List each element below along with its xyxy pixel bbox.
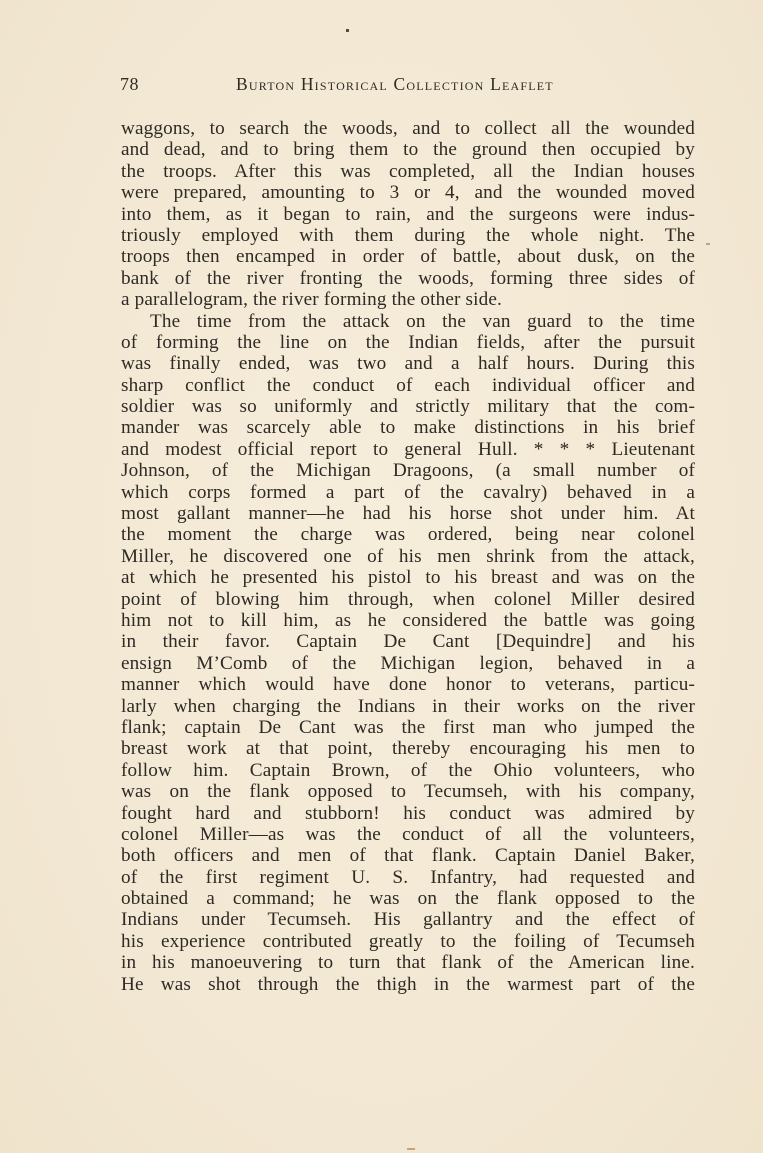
text-line: which corps formed a part of the cavalry… (121, 482, 695, 503)
text-line: mander was scarcely able to make distinc… (121, 417, 695, 438)
text-line: bank of the river fronting the woods, fo… (121, 268, 695, 289)
text-line: larly when charging the Indians in their… (121, 696, 695, 717)
text-line: at which he presented his pistol to his … (121, 567, 695, 588)
paragraph-start-line: The time from the attack on the van guar… (121, 311, 695, 332)
text-line: point of blowing him through, when colon… (121, 589, 695, 610)
text-line: was finally ended, was two and a half ho… (121, 353, 695, 374)
text-line: most gallant manner—he had his horse sho… (121, 503, 695, 524)
text-line: of forming the line on the Indian fields… (121, 332, 695, 353)
text-line: triously employed with them during the w… (121, 225, 695, 246)
text-line: Miller, he discovered one of his men shr… (121, 546, 695, 567)
text-line: manner which would have done honor to ve… (121, 674, 695, 695)
text-line: follow him. Captain Brown, of the Ohio v… (121, 760, 695, 781)
paper-speck (706, 243, 710, 245)
text-line: in his manoeuvering to turn that flank o… (121, 952, 695, 973)
text-line: and modest official report to general Hu… (121, 439, 695, 460)
text-line: ensign M’Comb of the Michigan legion, be… (121, 653, 695, 674)
running-head: 78 Burton Historical Collection Leaflet (120, 72, 660, 102)
text-line: soldier was so uniformly and strictly mi… (121, 396, 695, 417)
text-line: breast work at that point, thereby encou… (121, 738, 695, 759)
text-line: in their favor. Captain De Cant [Dequind… (121, 631, 695, 652)
text-line: his experience contributed greatly to th… (121, 931, 695, 952)
text-line: and dead, and to bring them to the groun… (121, 139, 695, 160)
text-line: him not to kill him, as he considered th… (121, 610, 695, 631)
text-line: the moment the charge was ordered, being… (121, 524, 695, 545)
text-line: a parallelogram, the river forming the o… (121, 289, 695, 310)
text-line: waggons, to search the woods, and to col… (121, 118, 695, 139)
text-line: troops then encamped in order of battle,… (121, 246, 695, 267)
paper-speck (346, 29, 349, 32)
document-page: 78 Burton Historical Collection Leaflet … (0, 0, 763, 1153)
text-line: of the first regiment U. S. Infantry, ha… (121, 867, 695, 888)
text-line: the troops. After this was completed, al… (121, 161, 695, 182)
text-line: both officers and men of that flank. Cap… (121, 845, 695, 866)
text-line: Johnson, of the Michigan Dragoons, (a sm… (121, 460, 695, 481)
body-text: waggons, to search the woods, and to col… (121, 118, 695, 995)
text-line: was on the flank opposed to Tecumseh, wi… (121, 781, 695, 802)
text-line: into them, as it began to rain, and the … (121, 204, 695, 225)
text-line: colonel Miller—as was the conduct of all… (121, 824, 695, 845)
text-line: fought hard and stubborn! his conduct wa… (121, 803, 695, 824)
paper-speck (407, 1148, 415, 1150)
page-number: 78 (120, 74, 139, 95)
running-title: Burton Historical Collection Leaflet (236, 74, 554, 95)
text-line: flank; captain De Cant was the first man… (121, 717, 695, 738)
text-line: He was shot through the thigh in the war… (121, 974, 695, 995)
text-line: were prepared, amounting to 3 or 4, and … (121, 182, 695, 203)
text-line: Indians under Tecumseh. His gallantry an… (121, 909, 695, 930)
text-line: obtained a command; he was on the flank … (121, 888, 695, 909)
text-line: sharp conflict the conduct of each indiv… (121, 375, 695, 396)
